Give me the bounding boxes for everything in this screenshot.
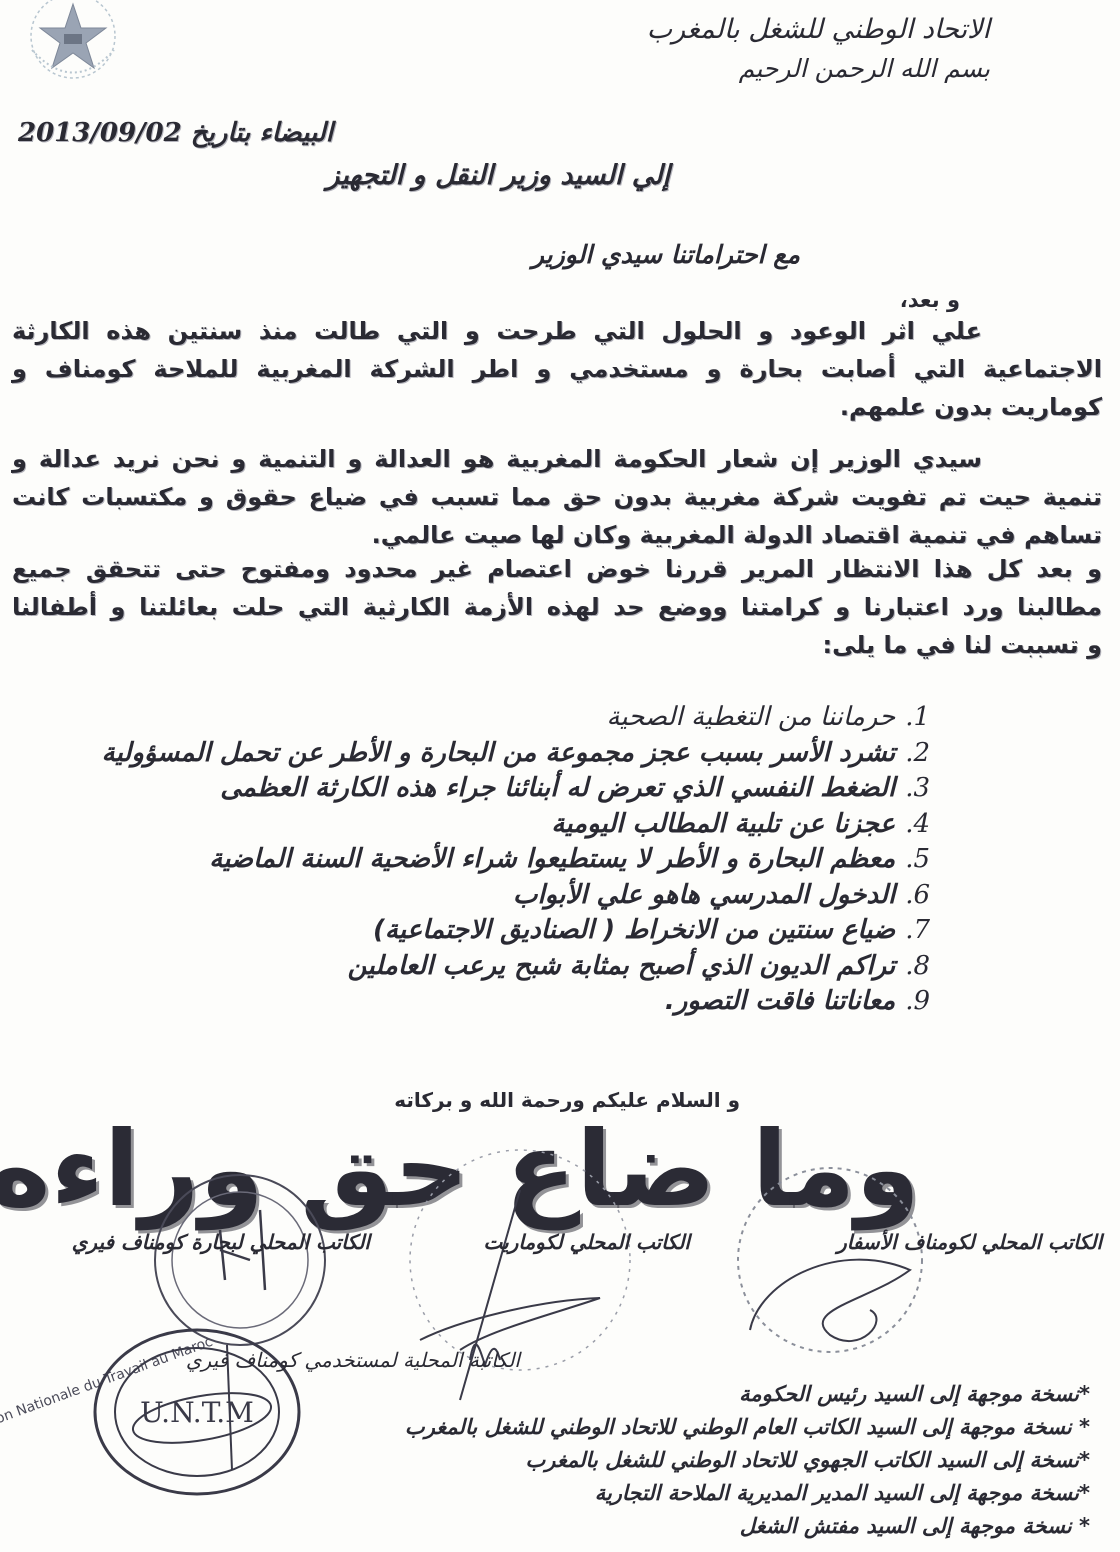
organization-name: الاتحاد الوطني للشغل بالمغرب bbox=[647, 14, 990, 45]
stamp-right-icon bbox=[720, 1160, 940, 1360]
paragraph-line: و تسببت لنا في ما يلى: bbox=[12, 626, 1102, 664]
salutation: مع احتراماتنا سيدي الوزير bbox=[532, 240, 800, 269]
copy-recipient: *نسخة موجهة إلى السيد رئيس الحكومة bbox=[405, 1378, 1090, 1411]
copies-list: *نسخة موجهة إلى السيد رئيس الحكومة * نسخ… bbox=[405, 1378, 1090, 1543]
intro-phrase: و بعد، bbox=[900, 288, 960, 312]
list-item: 8.تراكم الديون الذي أصبح بمثابة شبح يرعب… bbox=[102, 949, 930, 985]
union-star-emblem-icon bbox=[18, 0, 128, 90]
signatory-comarit: الكاتب المحلي لكوماريت bbox=[484, 1230, 690, 1254]
list-item: 5.معظم البحارة و الأطر لا يستطيعوا شراء … bbox=[102, 842, 930, 878]
copy-recipient: * نسخة موجهة إلى السيد الكاتب العام الوط… bbox=[405, 1411, 1090, 1444]
list-item: 6.الدخول المدرسي هاهو علي الأبواب bbox=[102, 878, 930, 914]
list-item: 4.عجزنا عن تلبية المطالب اليومية bbox=[102, 807, 930, 843]
signatory-comanav-asfar: الكاتب المحلي لكومناف الأسفار bbox=[837, 1230, 1102, 1254]
list-item: 1.حرماننا من التغطية الصحية bbox=[102, 700, 930, 736]
list-item: 7.ضياع سنتين من الانخراط ( الصناديق الاج… bbox=[102, 913, 930, 949]
date-line: البيضاء بتاريخ 2013/09/02 bbox=[18, 118, 333, 148]
copy-recipient: * نسخة موجهة إلى السيد مفتش الشغل bbox=[405, 1510, 1090, 1543]
date-label: البيضاء بتاريخ bbox=[191, 118, 333, 148]
paragraph-line: تنمية حيت تم تفويت شركة مغربية بدون حق م… bbox=[12, 478, 1102, 516]
paragraph-3: و بعد كل هذا الانتظار المرير قررنا خوض ا… bbox=[12, 550, 1102, 664]
list-item: 9.معاناتنا فاقت التصور. bbox=[102, 984, 930, 1020]
paragraph-2: سيدي الوزير إن شعار الحكومة المغربية هو … bbox=[12, 440, 1102, 554]
list-item: 2.تشرد الأسر بسبب عجز مجموعة من البحارة … bbox=[102, 736, 930, 772]
letter-date: 2013/09/02 bbox=[18, 118, 182, 148]
paragraph-line: تساهم في تنمية اقتصاد الدولة المغربية وك… bbox=[12, 516, 1102, 554]
signatory-comanav-ferry-staff: الكاتبة المحلية لمستخدمي كومناف فيري bbox=[186, 1348, 520, 1372]
paragraph-line: كوماريت بدون علمهم. bbox=[12, 388, 1102, 426]
basmala: بسم الله الرحمن الرحيم bbox=[739, 54, 990, 83]
paragraph-1: علي اثر الوعود و الحلول التي طرحت و التي… bbox=[12, 312, 1102, 426]
grievances-list: 1.حرماننا من التغطية الصحية 2.تشرد الأسر… bbox=[102, 700, 930, 1020]
paragraph-line: مطالبنا ورد اعتبارنا و كرامتنا ووضع حد ل… bbox=[12, 588, 1102, 626]
svg-text:COMANAV FERRY: COMANAV FERRY bbox=[83, 1311, 100, 1335]
paragraph-line: و بعد كل هذا الانتظار المرير قررنا خوض ا… bbox=[12, 550, 1102, 588]
copy-recipient: *نسخة إلى السيد الكاتب الجهوي للاتحاد ال… bbox=[405, 1444, 1090, 1477]
paragraph-line: علي اثر الوعود و الحلول التي طرحت و التي… bbox=[12, 312, 1102, 350]
list-item: 3.الضغط النفسي الذي تعرض له أبنائنا جراء… bbox=[102, 771, 930, 807]
paragraph-line: سيدي الوزير إن شعار الحكومة المغربية هو … bbox=[12, 440, 1102, 478]
signatory-comanav-ferry-sailors: الكاتب المحلي لبحارة كومناف فيري bbox=[72, 1230, 370, 1254]
svg-text:U.N.T.M: U.N.T.M bbox=[140, 1396, 254, 1429]
copy-recipient: *نسخة موجهة إلى السيد المدير المديرية ال… bbox=[405, 1477, 1090, 1510]
paragraph-line: الاجتماعية التي أصابت بحارة و مستخدمي و … bbox=[12, 350, 1102, 388]
signature-comarit-icon bbox=[400, 1190, 660, 1410]
recipient: إلي السيد وزير النقل و التجهيز bbox=[326, 160, 670, 191]
